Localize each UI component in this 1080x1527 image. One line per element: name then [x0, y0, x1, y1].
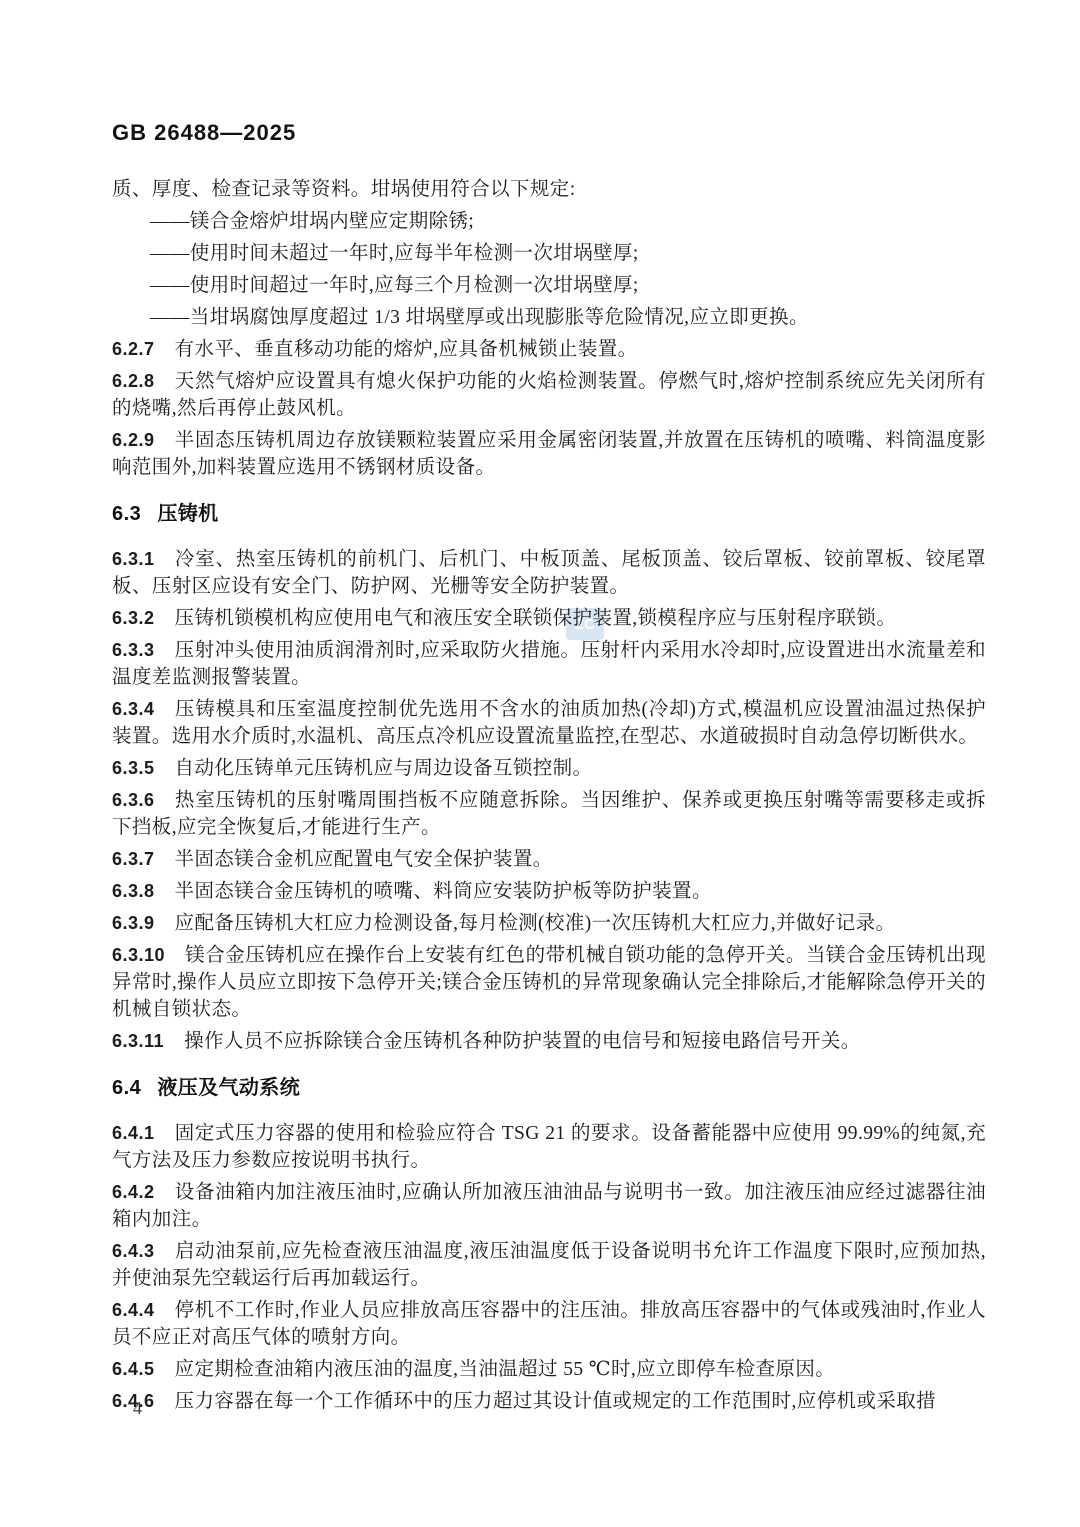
clause-number: 6.3.7 [112, 849, 175, 869]
clause-text: 半固态压铸机周边存放镁颗粒装置应采用金属密闭装置,并放置在压铸机的喷嘴、料筒温度… [112, 430, 986, 478]
clause-text: 设备油箱内加注液压油时,应确认所加液压油油品与说明书一致。加注液压油应经过滤器往… [112, 1182, 986, 1230]
clause-number: 6.3.2 [112, 608, 175, 628]
clause-paragraph: 6.3.10镁合金压铸机应在操作台上安装有红色的带机械自锁功能的急停开关。当镁合… [112, 942, 986, 1023]
clause-paragraph: 6.2.9半固态压铸机周边存放镁颗粒装置应采用金属密闭装置,并放置在压铸机的喷嘴… [112, 427, 986, 481]
clause-number: 6.4.2 [112, 1182, 175, 1202]
clause-text: 冷室、热室压铸机的前机门、后机门、中板顶盖、尾板顶盖、铰后罩板、铰前罩板、铰尾罩… [112, 549, 986, 597]
clause-text: 应配备压铸机大杠应力检测设备,每月检测(校准)一次压铸机大杠应力,并做好记录。 [175, 913, 896, 934]
dash-list-item: ——镁合金熔炉坩埚内壁应定期除锈; [112, 208, 986, 235]
clause-paragraph: 6.3.9应配备压铸机大杠应力检测设备,每月检测(校准)一次压铸机大杠应力,并做… [112, 910, 986, 937]
clause-text: 压力容器在每一个工作循环中的压力超过其设计值或规定的工作范围时,应停机或采取措 [175, 1391, 936, 1412]
section-number: 6.4 [112, 1077, 157, 1099]
clause-text: 半固态镁合金压铸机的喷嘴、料筒应安装防护板等防护装置。 [175, 881, 712, 902]
clause-text: 固定式压力容器的使用和检验应符合 TSG 21 的要求。设备蓄能器中应使用 99… [112, 1123, 986, 1171]
dash-list-item: ——使用时间未超过一年时,应每半年检测一次坩埚壁厚; [112, 240, 986, 267]
clause-text: 应定期检查油箱内液压油的温度,当油温超过 55 ℃时,应立即停车检查原因。 [175, 1359, 836, 1380]
continuation-paragraph: 质、厚度、检查记录等资料。坩埚使用符合以下规定: [112, 176, 986, 203]
clause-paragraph: 6.3.3压射冲头使用油质润滑剂时,应采取防火措施。压射杆内采用水冷却时,应设置… [112, 637, 986, 691]
clause-paragraph: 6.3.6热室压铸机的压射嘴周围挡板不应随意拆除。当因维护、保养或更换压射嘴等需… [112, 787, 986, 841]
clause-text: 停机不工作时,作业人员应排放高压容器中的注压油。排放高压容器中的气体或残油时,作… [112, 1300, 986, 1348]
dash-list-item: ——当坩埚腐蚀厚度超过 1/3 坩埚壁厚或出现膨胀等危险情况,应立即更换。 [112, 304, 986, 331]
clause-paragraph: 6.4.3启动油泵前,应先检查液压油温度,液压油温度低于设备说明书允许工作温度下… [112, 1238, 986, 1292]
clause-paragraph: 6.4.5应定期检查油箱内液压油的温度,当油温超过 55 ℃时,应立即停车检查原… [112, 1356, 986, 1383]
clause-paragraph: 6.4.1固定式压力容器的使用和检验应符合 TSG 21 的要求。设备蓄能器中应… [112, 1120, 986, 1174]
clause-paragraph: 6.4.4停机不工作时,作业人员应排放高压容器中的注压油。排放高压容器中的气体或… [112, 1297, 986, 1351]
clause-paragraph: 6.3.2压铸机锁模机构应使用电气和液压安全联锁保护装置,锁模程序应与压射程序联… [112, 605, 986, 632]
clause-paragraph: 6.4.2设备油箱内加注液压油时,应确认所加液压油油品与说明书一致。加注液压油应… [112, 1179, 986, 1233]
clause-text: 镁合金压铸机应在操作台上安装有红色的带机械自锁功能的急停开关。当镁合金压铸机出现… [112, 945, 986, 1020]
clause-number: 6.3.9 [112, 913, 175, 933]
clause-text: 热室压铸机的压射嘴周围挡板不应随意拆除。当因维护、保养或更换压射嘴等需要移走或拆… [112, 790, 986, 838]
clause-text: 压铸模具和压室温度控制优先选用不含水的油质加热(冷却)方式,模温机应设置油温过热… [112, 699, 986, 747]
clause-paragraph: 6.3.1冷室、热室压铸机的前机门、后机门、中板顶盖、尾板顶盖、铰后罩板、铰前罩… [112, 546, 986, 600]
clause-number: 6.3.10 [112, 945, 185, 965]
section-title: 液压及气动系统 [157, 1077, 300, 1099]
clause-text: 操作人员不应拆除镁合金压铸机各种防护装置的电信号和短接电路信号开关。 [184, 1031, 861, 1052]
clause-paragraph: 6.3.11操作人员不应拆除镁合金压铸机各种防护装置的电信号和短接电路信号开关。 [112, 1028, 986, 1055]
clause-text: 压射冲头使用油质润滑剂时,应采取防火措施。压射杆内采用水冷却时,应设置进出水流量… [112, 640, 986, 688]
clause-number: 6.3.8 [112, 881, 175, 901]
clause-number: 6.4.6 [112, 1391, 175, 1411]
clause-number: 6.4.5 [112, 1359, 175, 1379]
section-number: 6.3 [112, 503, 157, 525]
clause-paragraph: 6.2.8天然气熔炉应设置具有熄火保护功能的火焰检测装置。停燃气时,熔炉控制系统… [112, 368, 986, 422]
clause-text: 压铸机锁模机构应使用电气和液压安全联锁保护装置,锁模程序应与压射程序联锁。 [175, 608, 897, 629]
section-title: 压铸机 [157, 503, 218, 525]
standard-document-page: GB 26488—2025 ZC 质、厚度、检查记录等资料。坩埚使用符合以下规定… [0, 0, 1080, 1527]
clause-number: 6.3.4 [112, 699, 175, 719]
section-heading: 6.3压铸机 [112, 501, 986, 528]
clause-paragraph: 6.3.7半固态镁合金机应配置电气安全保护装置。 [112, 846, 986, 873]
clause-text: 半固态镁合金机应配置电气安全保护装置。 [175, 849, 553, 870]
dash-list-item: ——使用时间超过一年时,应每三个月检测一次坩埚壁厚; [112, 272, 986, 299]
clause-number: 6.3.3 [112, 640, 175, 660]
clause-text: 自动化压铸单元压铸机应与周边设备互锁控制。 [175, 758, 593, 779]
clause-text: 启动油泵前,应先检查液压油温度,液压油温度低于设备说明书允许工作温度下限时,应预… [112, 1241, 986, 1289]
clause-number: 6.4.4 [112, 1300, 175, 1320]
clause-number: 6.4.3 [112, 1241, 175, 1261]
clause-number: 6.2.8 [112, 371, 175, 391]
clause-number: 6.4.1 [112, 1123, 175, 1143]
clause-number: 6.2.9 [112, 430, 175, 450]
clause-number: 6.3.6 [112, 790, 175, 810]
clause-text: 天然气熔炉应设置具有熄火保护功能的火焰检测装置。停燃气时,熔炉控制系统应先关闭所… [112, 371, 986, 419]
clause-number: 6.3.11 [112, 1031, 184, 1051]
clause-text: 有水平、垂直移动功能的熔炉,应具备机械锁止装置。 [175, 339, 638, 360]
clause-number: 6.2.7 [112, 339, 175, 359]
clause-paragraph: 6.2.7有水平、垂直移动功能的熔炉,应具备机械锁止装置。 [112, 336, 986, 363]
clause-paragraph: 6.3.4压铸模具和压室温度控制优先选用不含水的油质加热(冷却)方式,模温机应设… [112, 696, 986, 750]
clause-number: 6.3.5 [112, 758, 175, 778]
standard-code-header: GB 26488—2025 [112, 120, 296, 146]
clause-paragraph: 6.3.8半固态镁合金压铸机的喷嘴、料筒应安装防护板等防护装置。 [112, 878, 986, 905]
clause-paragraph: 6.4.6压力容器在每一个工作循环中的压力超过其设计值或规定的工作范围时,应停机… [112, 1388, 986, 1415]
section-heading: 6.4液压及气动系统 [112, 1075, 986, 1102]
clause-number: 6.3.1 [112, 549, 175, 569]
document-body: 质、厚度、检查记录等资料。坩埚使用符合以下规定:——镁合金熔炉坩埚内壁应定期除锈… [112, 176, 986, 1420]
clause-paragraph: 6.3.5自动化压铸单元压铸机应与周边设备互锁控制。 [112, 755, 986, 782]
